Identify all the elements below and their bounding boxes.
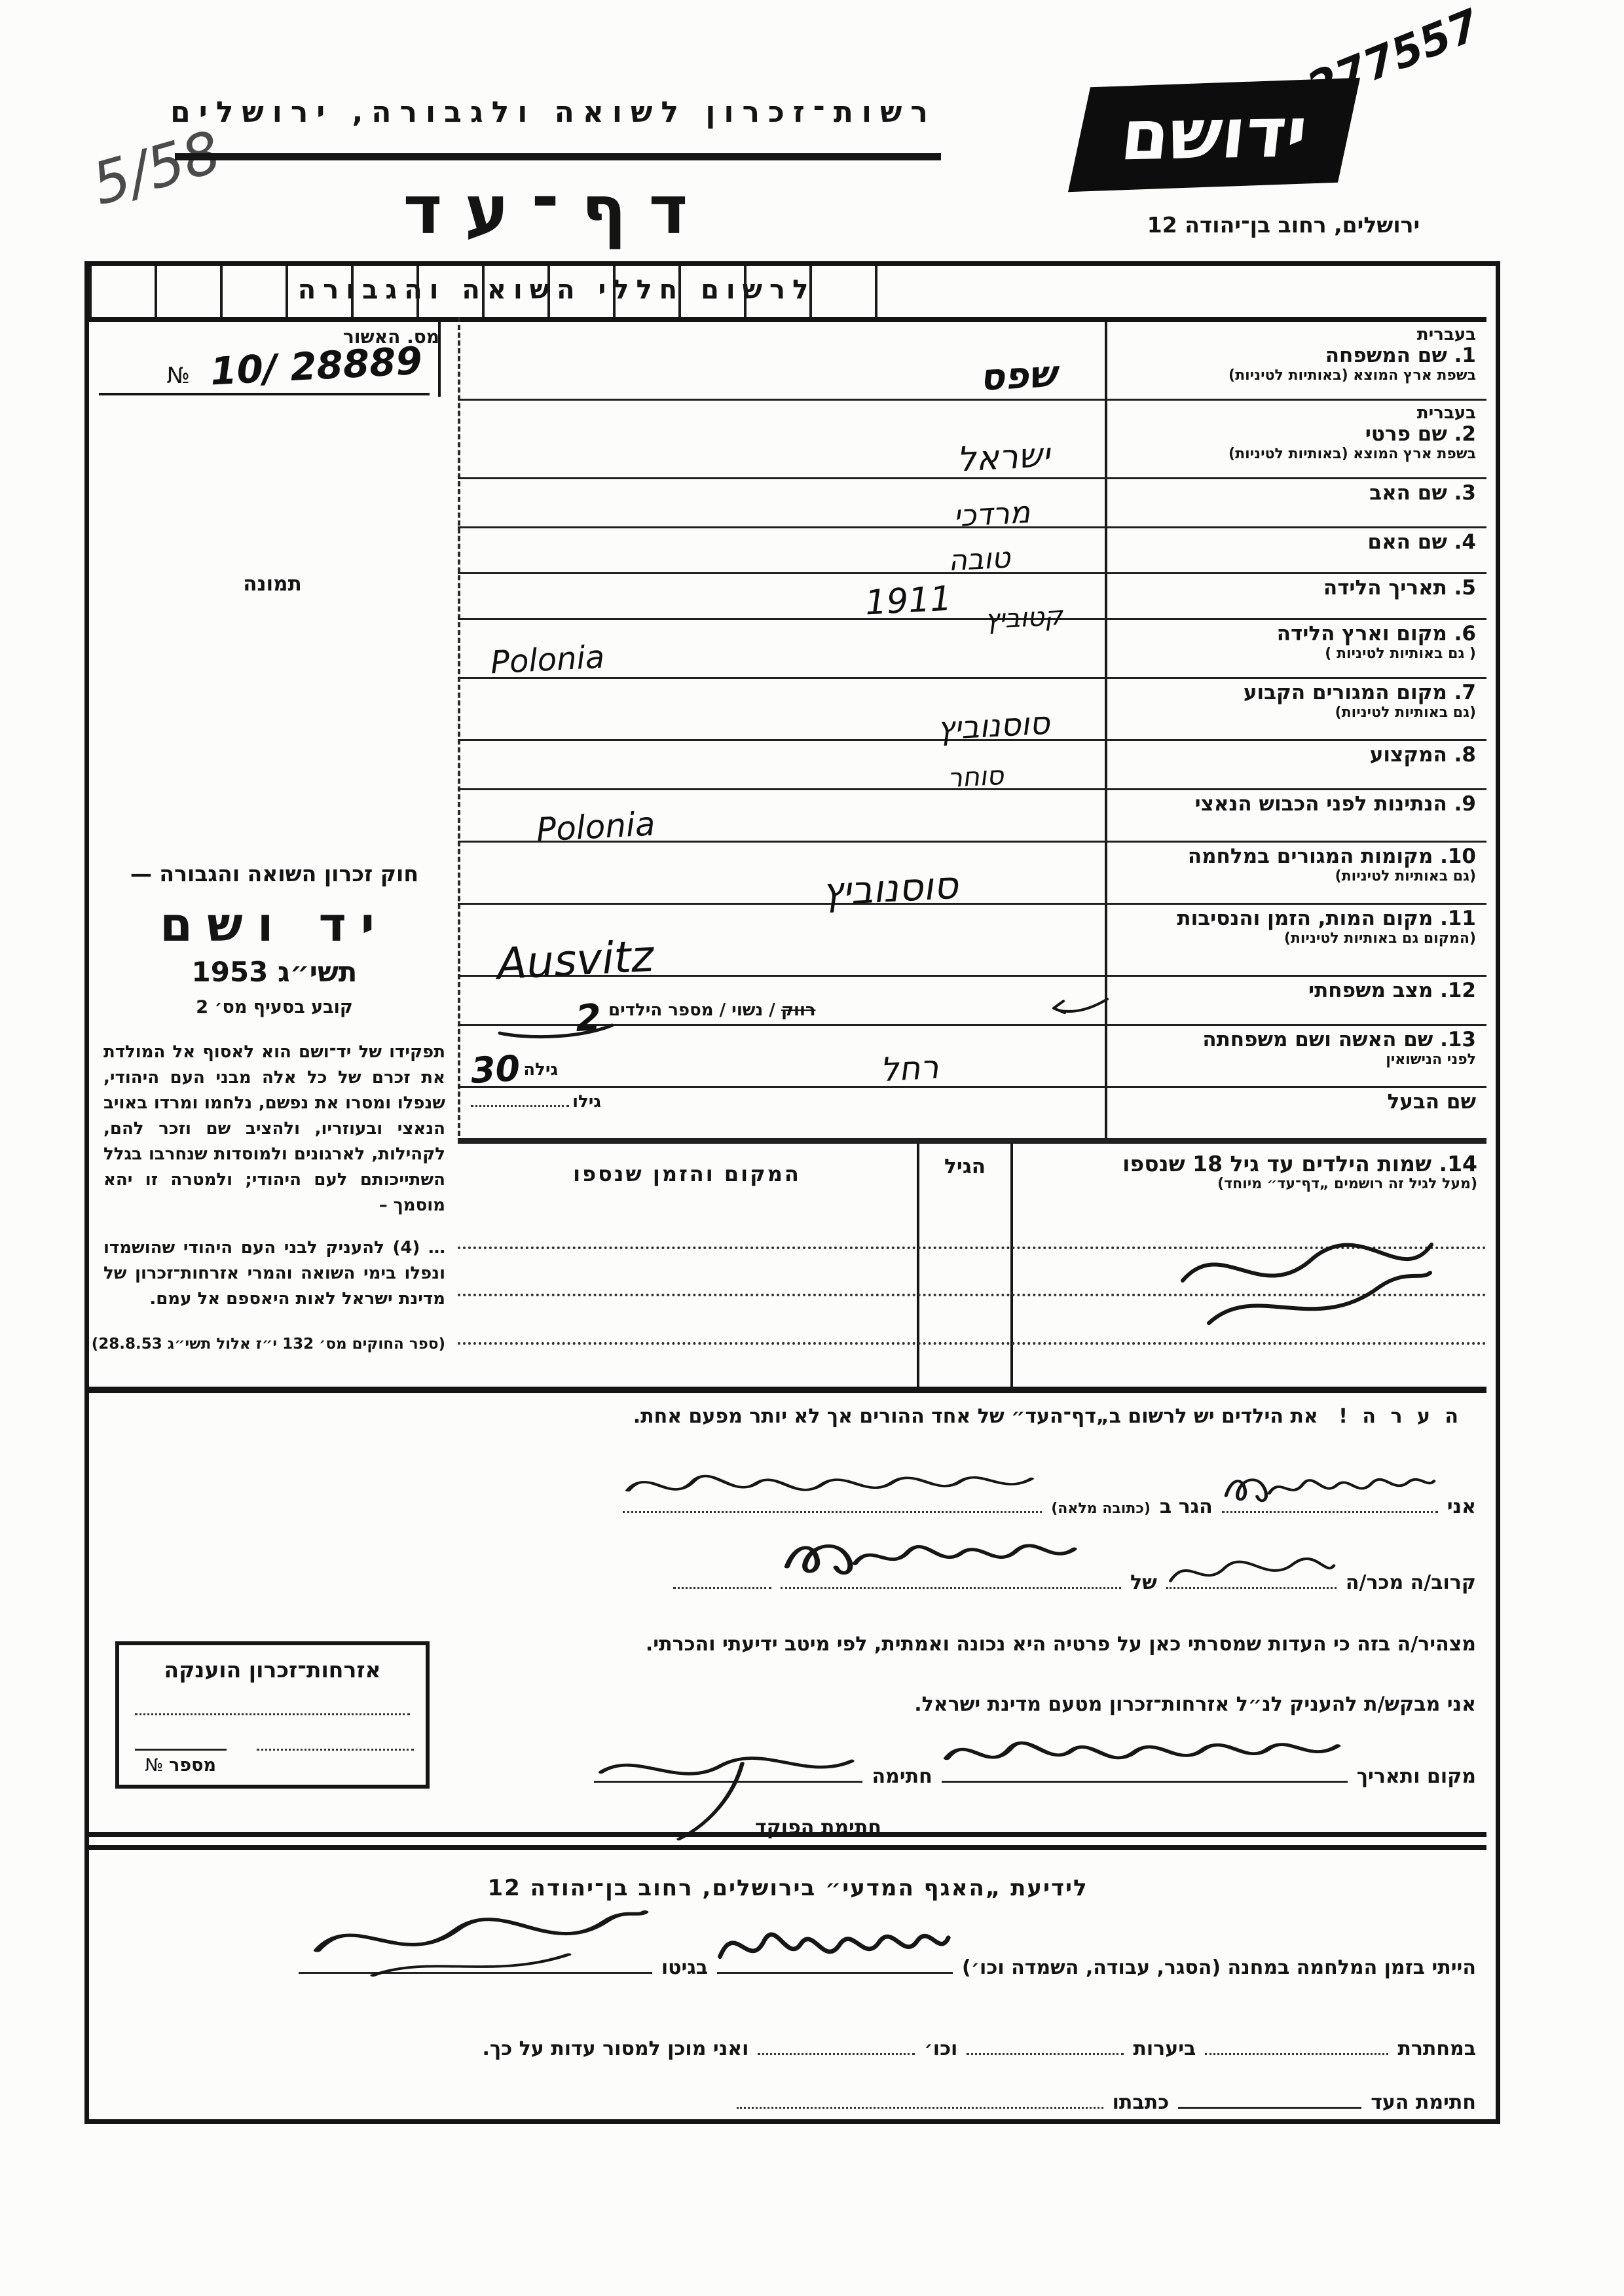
- field-row-11: 11. מקום המות, הזמן והנסיבות (המקום גם ב…: [458, 905, 1486, 977]
- field-label: 7. מקום המגורים הקבוע: [1111, 682, 1476, 705]
- field-pre: בעברית: [1111, 403, 1476, 423]
- witness-signature-blank: [1178, 2081, 1361, 2109]
- subject-name-signature: [781, 1557, 1121, 1589]
- field-label-cell: 8. המקצוע: [1105, 741, 1486, 788]
- camp-line: הייתי בזמן המלחמה במחנה (הסגר, עבודה, הש…: [115, 1942, 1476, 1979]
- office-stamp-handwritten: 5/58: [85, 118, 228, 218]
- decl-signature-label: חתימה: [872, 1765, 932, 1788]
- testimony-page: 5/58 רשות־זכרון לשואה ולגבורה, ירושלים ד…: [0, 0, 1624, 2296]
- underground-label: במחתרת: [1397, 2037, 1476, 2060]
- certificate-cell: מס. האשור 28889 /10 №: [99, 326, 439, 397]
- field-label-cell: בעברית 2. שם פרטי בשפת ארץ המוצא (באותיו…: [1105, 401, 1486, 477]
- field-pre: בעברית: [1111, 325, 1476, 344]
- law-citation: (ספר החוקים מס׳ 132 י״ז אלול תשי״ג 28.8.…: [103, 1336, 445, 1353]
- decl-line2-extra-blank: [673, 1557, 771, 1589]
- handwritten-first-name: ישראל: [955, 435, 1050, 479]
- header-rule: [175, 153, 941, 160]
- field-label: 8. המקצוע: [1111, 744, 1476, 767]
- org-address: ירושלים, רחוב בן־יהודה 12: [1087, 212, 1480, 238]
- table-header-place: המקום והזמן שנספו: [458, 1161, 916, 1186]
- field-label: שם הבעל: [1111, 1091, 1476, 1114]
- field-row-4: 4. שם האם טובה: [458, 528, 1486, 574]
- field-value-cell: מרדכי: [458, 479, 1102, 526]
- relation-handwriting-signature: [1166, 1557, 1337, 1589]
- field-label: 4. שם האם: [1111, 531, 1476, 555]
- declaration-line-2: קרוב/ה מכר/ה של: [115, 1557, 1476, 1594]
- decl-place-date-label: מקום ותאריך: [1357, 1765, 1476, 1788]
- declarant-address-signature: [623, 1481, 1042, 1513]
- field-value-cell: סוסנוביץ: [458, 843, 1102, 903]
- field-sublabel: בשפת ארץ המוצא (באותיות לטיניות): [1111, 446, 1476, 462]
- field-value-cell: רחל גילה 30: [458, 1026, 1102, 1086]
- field-row-2: בעברית 2. שם פרטי בשפת ארץ המוצא (באותיו…: [458, 401, 1486, 479]
- etc-blank: [758, 2027, 915, 2055]
- table-header-age: הגיל: [919, 1155, 1010, 1178]
- field-label: 13. שם האשה ושם משפחתה: [1111, 1029, 1476, 1052]
- status-struck: רווק: [781, 1000, 816, 1020]
- field-value-cell: Polonia: [458, 790, 1102, 841]
- table-bottom-rule: [89, 1387, 1486, 1393]
- field-value-cell: סוחר: [458, 741, 1102, 788]
- husband-age-group: גילו: [471, 1092, 601, 1112]
- org-title: רשות־זכרון לשואה ולגבורה, ירושלים: [164, 96, 943, 129]
- field-value-cell: גילו: [458, 1088, 1102, 1138]
- hand-arrow-icon: [1050, 994, 1109, 1020]
- handwritten-birth-country: Polonia: [490, 638, 606, 681]
- law-block: חוק זכרון השואה והגבורה — יד ושם תשי״ג 1…: [103, 861, 445, 1353]
- form-title: דף־עד: [327, 172, 786, 249]
- decl-relative: קרוב/ה מכר/ה: [1346, 1571, 1476, 1594]
- field-row-9: 9. הנתינות לפני הכבוש הנאצי Polonia: [458, 790, 1486, 843]
- decl-i: אני: [1447, 1495, 1476, 1518]
- handwritten-birth-year: 1911: [864, 579, 952, 623]
- field-sublabel: לפני הנישואין: [1111, 1052, 1476, 1068]
- field-row-husband: שם הבעל גילו: [458, 1088, 1486, 1144]
- camp-line-text: הייתי בזמן המלחמה במחנה (הסגר, עבודה, הש…: [962, 1956, 1476, 1979]
- field-label: 9. הנתינות לפני הכבוש הנאצי: [1111, 793, 1476, 816]
- yad-vashem-logo-text: ידושם: [1074, 81, 1354, 189]
- handwritten-wife-age: 30: [470, 1048, 521, 1091]
- field-value-cell: רווק / נשוי / מספר הילדים 2: [458, 977, 1102, 1024]
- law-yad-vashem: יד ושם: [103, 897, 445, 952]
- field-label-cell: בעברית 1. שם המשפחה בשפת ארץ המוצא (באות…: [1105, 322, 1486, 399]
- wife-age-group: גילה 30: [471, 1042, 558, 1084]
- field-row-5: 5. תאריך הלידה 1911: [458, 574, 1486, 620]
- husband-age-blank-line: [471, 1092, 569, 1107]
- field-value-cell: טובה: [458, 528, 1102, 572]
- field-label: 10. מקומות המגורים במלחמה: [1111, 845, 1476, 869]
- citizenship-box: אזרחות־זכרון הוענקה מספר №: [115, 1641, 430, 1789]
- field-label: 11. מקום המות, הזמן והנסיבות: [1111, 907, 1476, 931]
- field-sublabel: (המקום גם באותיות לטיניות): [1111, 931, 1476, 947]
- field-label-cell: 5. תאריך הלידה: [1105, 574, 1486, 618]
- field-label: 3. שם האב: [1111, 482, 1476, 505]
- form-box: מס. האשור 28889 /10 № תמונה בעברית 1. שם…: [84, 261, 1500, 2124]
- field-label-cell: 3. שם האב: [1105, 479, 1486, 526]
- field-label-cell: 9. הנתינות לפני הכבוש הנאצי: [1105, 790, 1486, 841]
- law-section: קובע בסעיף מס׳ 2: [103, 997, 445, 1017]
- marital-status-options: רווק / נשוי / מספר הילדים: [608, 1000, 816, 1020]
- decl-of: של: [1130, 1571, 1157, 1594]
- field-label-cell: 13. שם האשה ושם משפחתה לפני הנישואין: [1105, 1026, 1486, 1086]
- field-value-cell: ישראל: [458, 401, 1102, 477]
- number-word: מספר: [169, 1755, 216, 1776]
- handwritten-mother-name: טובה: [948, 541, 1011, 578]
- note-line: ה ע ר ה ! את הילדים יש לרשום ב„דף־העד״ ש…: [458, 1405, 1479, 1428]
- decl-resides: הגר ב: [1160, 1495, 1213, 1518]
- numero-symbol: №: [145, 1755, 163, 1776]
- husband-age-label: גילו: [572, 1092, 601, 1112]
- declarant-name-signature: [1222, 1481, 1438, 1513]
- field-label: 6. מקום וארץ הלידה: [1111, 623, 1476, 646]
- field-label-cell: 11. מקום המות, הזמן והנסיבות (המקום גם ב…: [1105, 905, 1486, 975]
- certificate-number-handwritten: 28889 /10: [210, 338, 424, 394]
- field-sublabel: ( גם באותיות לטיניות ): [1111, 646, 1476, 662]
- field-label-cell: 4. שם האם: [1105, 528, 1486, 572]
- field-row-8: 8. המקצוע סוחר: [458, 741, 1486, 790]
- forests-blank: [967, 2027, 1124, 2055]
- handwritten-family-name: שפס: [979, 353, 1058, 399]
- field-sublabel: (גם באותיות לטיניות): [1111, 705, 1476, 721]
- certificate-divider: [438, 322, 441, 397]
- field-value-cell: קטוביץ Polonia: [458, 620, 1102, 677]
- yad-vashem-logo: ידושם: [1068, 78, 1360, 192]
- declaration-line-1: אני הגר ב (כתובה מלאה): [115, 1481, 1476, 1518]
- citizenship-number-line-a: [135, 1749, 227, 1751]
- decl-address-paren: (כתובה מלאה): [1051, 1501, 1151, 1517]
- ghetto-entry-signature: [299, 1942, 652, 1974]
- underground-blank: [1205, 2027, 1388, 2055]
- field-label: 2. שם פרטי: [1111, 423, 1476, 446]
- witness-address-blank: [737, 2081, 1103, 2109]
- citizenship-box-title: אזרחות־זכרון הוענקה: [119, 1657, 426, 1683]
- citizenship-number-label: מספר №: [145, 1755, 216, 1776]
- field-sublabel: בשפת ארץ המוצא (באותיות לטיניות): [1111, 368, 1476, 384]
- field-value-cell: שפס: [458, 322, 1102, 399]
- field-value-cell: Ausvitz: [458, 905, 1102, 975]
- ready-to-testify-text: ואני מוכן למסור עדות על כך.: [483, 2037, 749, 2060]
- law-paragraph-2: … (4) להעניק לבני העם היהודי שהושמדו ונפ…: [103, 1235, 445, 1312]
- field-row-10: 10. מקומות המגורים במלחמה (גם באותיות לט…: [458, 843, 1486, 905]
- field-row-6: 6. מקום וארץ הלידה ( גם באותיות לטיניות …: [458, 620, 1486, 679]
- ghetto-label: בגיטו: [661, 1956, 708, 1979]
- decl-request: אני מבקש/ת להעניק לנ״ל אזרחות־זכרון מטעם…: [914, 1693, 1476, 1716]
- field-label-cell: 10. מקומות המגורים במלחמה (גם באותיות לט…: [1105, 843, 1486, 903]
- handwritten-wife-name: רחל: [879, 1048, 939, 1089]
- witness-address-label: כתבתו: [1113, 2091, 1170, 2114]
- law-year: תשי״ג 1953: [103, 956, 445, 988]
- decl-statement: מצהיר/ה בזה כי העדות שמסרתי כאן על פרטיה…: [646, 1633, 1476, 1656]
- section-double-rule-top: [89, 1832, 1486, 1837]
- law-paragraph-1: תפקידו של יד־ושם הוא לאסוף אל המולדת את …: [103, 1040, 445, 1218]
- field-label-cell: 6. מקום וארץ הלידה ( גם באותיות לטיניות …: [1105, 620, 1486, 677]
- citizenship-number-line-b: [257, 1749, 414, 1751]
- field-row-3: 3. שם האב מרדכי: [458, 479, 1486, 528]
- field-row-13: 13. שם האשה ושם משפחתה לפני הנישואין רחל…: [458, 1026, 1486, 1088]
- field-label-cell: שם הבעל: [1105, 1088, 1486, 1138]
- certificate-underline: [99, 393, 430, 395]
- children-label-main: 14. שמות הילדים עד גיל 18 שנספו: [1013, 1151, 1477, 1176]
- field-label: 5. תאריך הלידה: [1111, 577, 1476, 600]
- declarant-signature: [594, 1751, 862, 1783]
- numero-symbol: №: [167, 363, 190, 389]
- handwritten-profession: סוחר: [947, 761, 1005, 793]
- place-date-signature: [942, 1751, 1348, 1783]
- field-row-1: בעברית 1. שם המשפחה בשפת ארץ המוצא (באות…: [458, 322, 1486, 401]
- field-row-7: 7. מקום המגורים הקבוע (גם באותיות לטיניו…: [458, 679, 1486, 741]
- field-value-cell: סוסנוביץ: [458, 679, 1102, 739]
- field-sublabel: (גם באותיות לטיניות): [1111, 869, 1476, 884]
- handwritten-birth-city: קטוביץ: [984, 601, 1063, 635]
- forests-label: ביערות: [1133, 2037, 1196, 2060]
- clerk-signature-blank: [471, 1806, 746, 1834]
- children-names-scrawl-signature: [1163, 1182, 1445, 1339]
- witness-signature-line: חתימת העד כתבתו: [115, 2081, 1476, 2114]
- law-title-line: חוק זכרון השואה והגבורה —: [103, 861, 445, 886]
- field-label-cell: 12. מצב משפחתי: [1105, 977, 1486, 1024]
- section-double-rule-bottom: [89, 1845, 1486, 1850]
- field-label: 1. שם המשפחה: [1111, 344, 1476, 368]
- camp-entry-signature: [717, 1942, 953, 1974]
- citizenship-box-line: [135, 1713, 410, 1715]
- underground-line: במחתרת ביערות וכו׳ ואני מוכן למסור עדות …: [115, 2027, 1476, 2060]
- status-rest: / נשוי / מספר הילדים: [608, 1000, 775, 1020]
- etc-label: וכו׳: [924, 2037, 957, 2060]
- note-label: ה ע ר ה !: [1338, 1405, 1462, 1428]
- note-text: את הילדים יש לרשום ב„דף־העד״ של אחד ההור…: [633, 1405, 1318, 1428]
- tear-off-strip: [89, 266, 940, 317]
- witness-signature-label: חתימת העד: [1371, 2091, 1476, 2114]
- field-row-12: 12. מצב משפחתי רווק / נשוי / מספר הילדים…: [458, 977, 1486, 1026]
- photo-placeholder-label: תמונה: [194, 572, 351, 596]
- wife-age-label: גילה: [523, 1060, 558, 1080]
- field-label-cell: 7. מקום המגורים הקבוע (גם באותיות לטיניו…: [1105, 679, 1486, 739]
- strip-rule: [89, 317, 1486, 322]
- field-label: 12. מצב משפחתי: [1111, 979, 1476, 1003]
